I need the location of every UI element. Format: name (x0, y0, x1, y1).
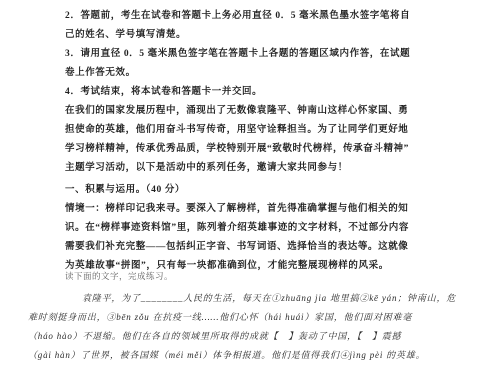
reading-passage: 袁隆平，为了________人民的生活，每天在①zhuāng jia 地里搞②k… (28, 289, 468, 365)
notice-line: 3．请用直径 0．5 毫米黑色签字笔在答题卡上各题的答题区域内作答，在试题 (65, 45, 430, 64)
intro-line: 学习榜样精神，传承优秀品质，学校特别开展“致敬时代榜样，传承奋斗精神” (65, 140, 430, 159)
scenario-line: 情境一：榜样印记我来寻。要深入了解榜样，首先得准确掌握与他们相关的知 (65, 200, 430, 219)
intro-line: 主题学习活动，以下是活动中的系列任务，邀请大家共同参与！ (65, 159, 430, 178)
notice-line: 2．答题前，考生在试卷和答题卡上务必用直径 0．5 毫米黑色墨水签字笔将自 (65, 7, 430, 26)
exam-paper-page: 2．答题前，考生在试卷和答题卡上务必用直径 0．5 毫米黑色墨水签字笔将自 己的… (0, 0, 495, 370)
exercise-hint: 读下面的文字，完成练习。 (65, 268, 173, 284)
notice-line: 己的姓名、学号填写清楚。 (65, 26, 430, 45)
intro-line: 担使命的英雄，他们用奋斗书写传奇，用坚守诠释担当。为了让同学们更好地 (65, 121, 430, 140)
passage-line: （háo hào）不退缩。他们在各自的领域里所取得的成就【 】轰动了中国，【 】… (28, 327, 468, 346)
notice-line: 4．考试结束，将本试卷和答题卡一并交回。 (65, 83, 430, 102)
section-one-block: 一、积累与运用。（40 分） 情境一：榜样印记我来寻。要深入了解榜样，首先得准确… (65, 181, 430, 276)
passage-line: 难时刻挺身而出，③bēn zǒu 在抗疫一线……他们心怀（hái huái）家国… (28, 308, 468, 327)
section-heading: 一、积累与运用。（40 分） (65, 181, 430, 200)
passage-line: 袁隆平，为了________人民的生活，每天在①zhuāng jia 地里搞②k… (28, 289, 468, 308)
scenario-line: 需要我们补充完整——包括纠正字音、书写词语、选择恰当的表达等。这就像 (65, 238, 430, 257)
scenario-line: 识。在“榜样事迹资料馆”里，陈列着介绍英雄事迹的文字材料，不过部分内容 (65, 219, 430, 238)
notice-line: 卷上作答无效。 (65, 64, 430, 83)
passage-line: （gài hàn）了世界，被各国媒（méi měi）体争相报道。他们是值得我们④… (28, 346, 468, 365)
exam-notice-and-intro: 2．答题前，考生在试卷和答题卡上务必用直径 0．5 毫米黑色墨水签字笔将自 己的… (65, 7, 430, 178)
intro-line: 在我们的国家发展历程中，涌现出了无数像袁隆平、钟南山这样心怀家国、勇 (65, 102, 430, 121)
